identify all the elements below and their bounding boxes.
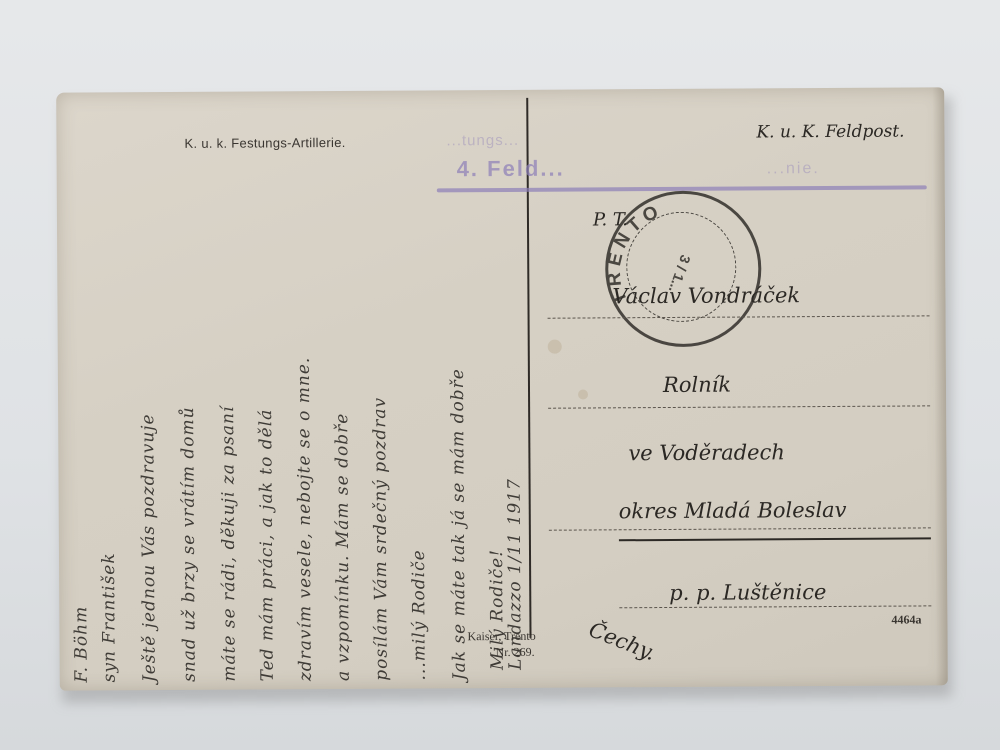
printed-header: K. u. k. Festungs-Artillerie. <box>184 135 345 151</box>
message-line: zdravím vesele, nebojte se o mne. <box>292 101 316 681</box>
catalog-number: 4464a <box>891 612 921 627</box>
address-rule <box>549 527 931 530</box>
publisher-name: Kaiser, Trento <box>467 628 535 644</box>
message-line: Ted mám práci, a jak to dělá <box>254 101 278 681</box>
address-solid-rule <box>619 537 931 541</box>
message-line: máte se rádi, děkuji za psaní <box>216 102 240 682</box>
address-village: ve Voděradech <box>628 440 785 465</box>
publisher-imprint: Kaiser, Trento Nr. 269. <box>467 628 535 660</box>
address-post-office: p. p. Luštěnice <box>669 580 826 605</box>
address-district: okres Mladá Boleslav <box>619 498 847 523</box>
message-line: a vzpomínku. Mám se dobře <box>330 101 354 681</box>
address-prefix: P. T. <box>593 209 628 230</box>
address-rule <box>548 405 930 408</box>
unit-stamp-line1: ...tungs... <box>446 132 519 149</box>
feldpost-heading: K. u. K. Feldpost. <box>756 122 904 143</box>
trento-postmark: TRENTO 3 / 1... <box>605 190 762 347</box>
unit-stamp-line2: 4. Feld... <box>457 156 565 183</box>
address-rule <box>619 605 931 608</box>
message-line: ...milý Rodiče <box>406 100 430 680</box>
unit-stamp-line3: ...nie. <box>767 160 820 178</box>
address-name: Václav Vondráček <box>612 283 800 308</box>
postcard: F. Böhm syn František Ještě jednou Vás p… <box>56 87 948 690</box>
publisher-number: Nr. 269. <box>468 644 536 660</box>
address-occupation: Rolník <box>663 373 731 397</box>
stain <box>578 389 588 399</box>
address-country: Čechy. <box>586 617 659 665</box>
stain <box>548 340 562 354</box>
message-line: syn František <box>96 102 120 682</box>
message-line: Ještě jednou Vás pozdravuje <box>136 102 160 682</box>
message-signature: F. Böhm <box>68 103 92 683</box>
message-line: posílám Vám srdečný pozdrav <box>368 101 392 681</box>
message-line: snad už brzy se vrátím domů <box>176 102 200 682</box>
